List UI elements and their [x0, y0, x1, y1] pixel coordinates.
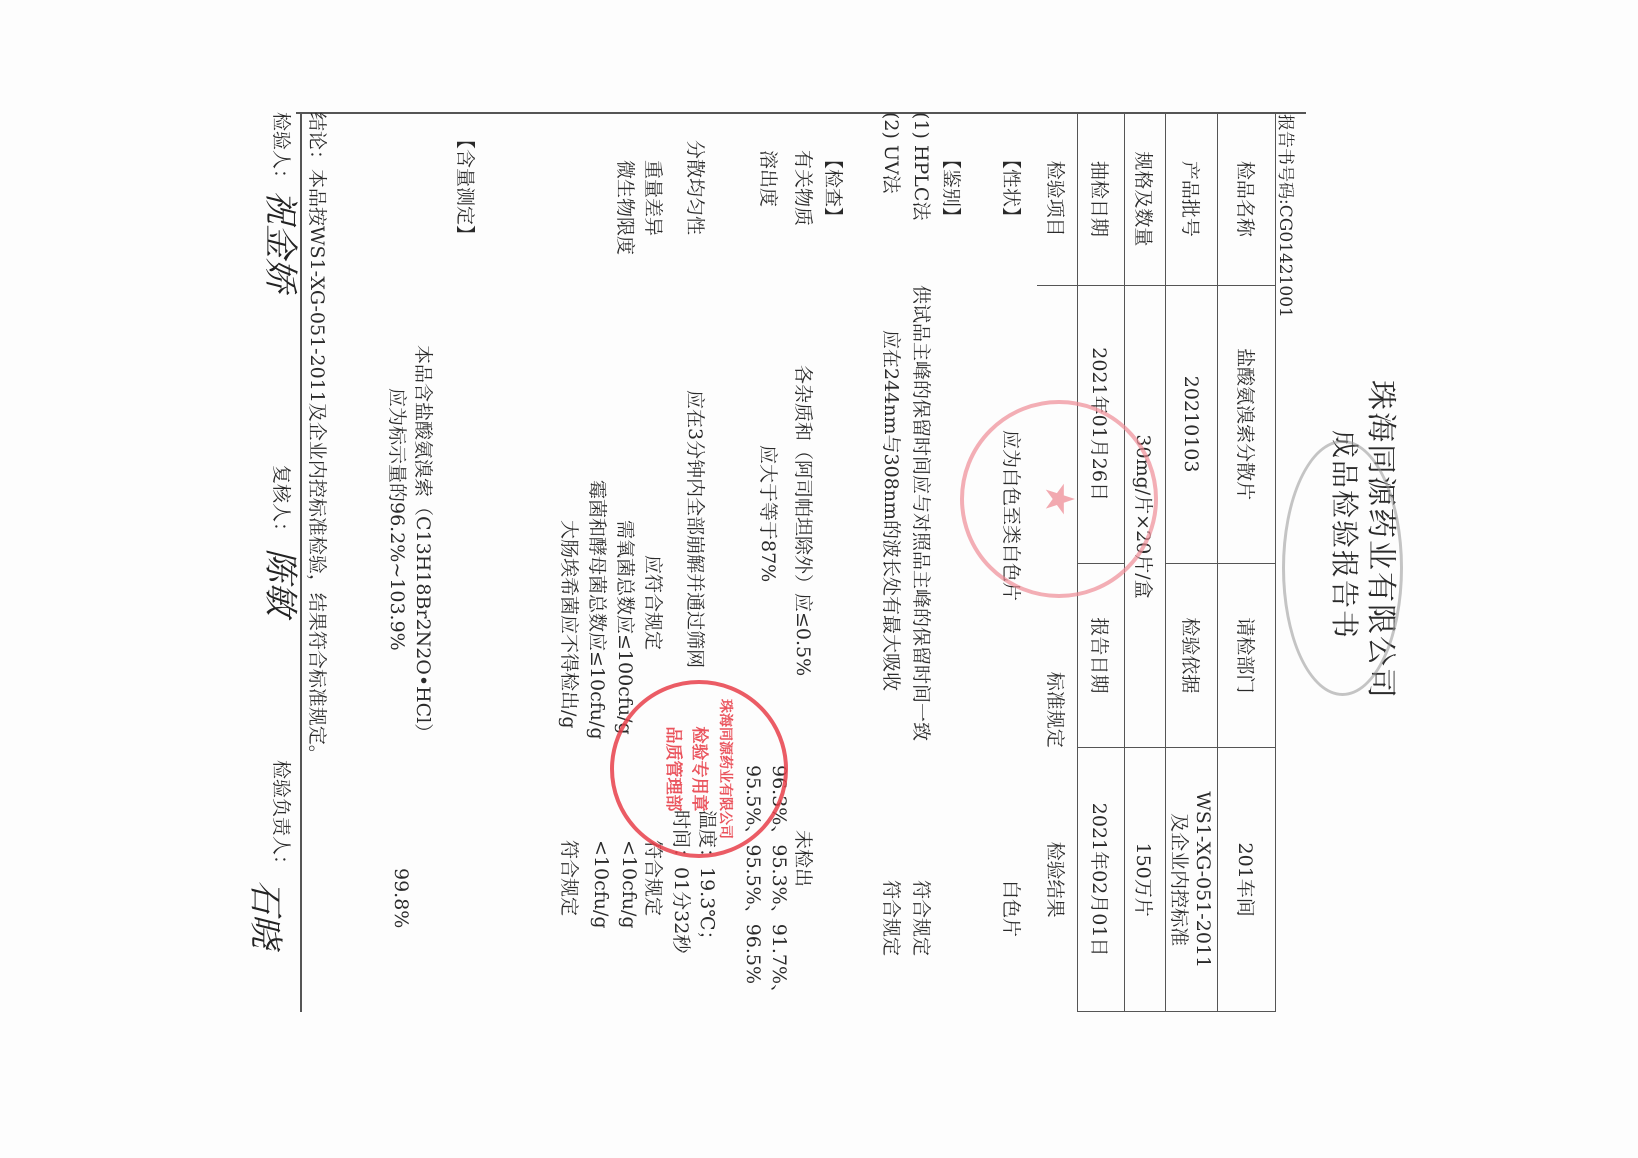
report-number-value: CG01421001 [1275, 205, 1295, 318]
value-product-name: 盐酸氨溴索分散片 [1218, 285, 1276, 563]
identification-heading: 【鉴别】 [939, 150, 966, 226]
report-page: 珠海同源药业有限公司 成品检验报告书 报告书号码:CG01421001 检品名称… [0, 0, 1638, 1158]
assay-result: 99.8% [390, 868, 412, 928]
dispersion-standard: 应在3分钟内全部崩解并通过筛网 [683, 390, 710, 668]
microbial-standard-2: 霉菌和酵母菌总数应≤10cfu/g [585, 480, 612, 740]
label-product-name: 检品名称 [1218, 113, 1276, 286]
assay-heading: 【含量测定】 [453, 130, 480, 244]
value-department: 201车间 [1218, 748, 1276, 1012]
left-vertical-rule [296, 112, 1306, 114]
conclusion-text: 本品按WS1-XG-051-2011及企业内控标准检验，结果符合标准规定。 [306, 169, 328, 764]
basis-line1: WS1-XG-051-2011 [1192, 748, 1216, 1011]
gray-company-stamp [1282, 440, 1403, 696]
red-inspection-stamp: 珠海同源药业有限公司 检验专用章 品质管理部 [610, 680, 788, 858]
conclusion: 结论：本品按WS1-XG-051-2011及企业内控标准检验，结果符合标准规定。 [305, 112, 332, 764]
weight-variation-result: 符合规定 [641, 840, 668, 916]
pink-standard-stamp: ★ [960, 400, 1158, 598]
reviewer-label: 复核人： [269, 465, 296, 541]
label-basis: 检验依据 [1166, 563, 1218, 748]
table-row: 产品批号 20210103 检验依据 WS1-XG-051-2011 及企业内控… [1166, 113, 1218, 1012]
microbial-standard-1: 需氧菌总数应≤100cfu/g [613, 520, 640, 735]
microbial-result-3: 符合规定 [557, 840, 584, 916]
header-result: 检验结果 [1037, 748, 1078, 1012]
weight-variation-standard: 应符合规定 [641, 555, 668, 650]
weight-variation-name: 重量差异 [641, 160, 668, 236]
id-hplc-result: 符合规定 [909, 880, 936, 956]
inspector-signature: 祝金娇 [259, 190, 308, 292]
related-substances-result: 未检出 [791, 830, 818, 887]
assay-standard-1: 本品含盐酸氨溴索（C13H18Br2N2O•HCl） [411, 345, 438, 742]
reviewer-signature: 陈敏 [259, 548, 308, 616]
tests-heading: 【检查】 [821, 150, 848, 226]
manager-label: 检验负责人： [269, 760, 296, 874]
manager-signature: 石晓 [244, 880, 293, 948]
label-spec: 规格及数量 [1125, 113, 1166, 286]
assay-standard-2: 应为标示量的96.2%~103.9% [385, 388, 412, 651]
id-uv-name: (2) UV法 [879, 112, 906, 194]
table-row: 检品名称 盐酸氨溴索分散片 请检部门 201车间 [1218, 113, 1276, 1012]
label-department: 请检部门 [1218, 563, 1276, 748]
related-substances-name: 有关物质 [791, 150, 818, 226]
id-hplc-standard: 供试品主峰的保留时间应与对照品主峰的保留时间一致 [909, 285, 936, 741]
dispersion-name: 分散均匀性 [683, 140, 710, 235]
appearance-heading: 【性状】 [999, 150, 1026, 226]
conclusion-label: 结论： [306, 112, 328, 169]
inspector-label: 检验人： [269, 112, 296, 188]
related-substances-standard: 各杂质和（阿司帕坦除外）应≤0.5% [791, 365, 818, 676]
id-uv-standard: 应在244nm与308nm的波长处有最大吸收 [879, 330, 906, 691]
microbial-standard-3: 大肠埃希菌应不得检出/g [557, 520, 584, 729]
red-stamp-line1: 珠海同源药业有限公司 [712, 699, 738, 839]
red-stamp-line2: 检验专用章 [686, 727, 712, 812]
report-number-label: 报告书号码: [1275, 114, 1295, 205]
microbial-name: 微生物限度 [613, 160, 640, 255]
red-stamp-line3: 品质管理部 [660, 727, 686, 812]
value-report-date: 2021年02月01日 [1078, 748, 1125, 1012]
label-sample-date: 抽检日期 [1078, 113, 1125, 286]
dissolution-standard: 应大于等于87% [756, 445, 783, 582]
microbial-result-2: <10cfu/g [590, 840, 612, 929]
dissolution-name: 溶出度 [756, 150, 783, 207]
basis-line2: 及企业内控标准 [1168, 748, 1192, 1011]
header-item: 检验项目 [1037, 113, 1078, 286]
report-number: 报告书号码:CG01421001 [1275, 114, 1300, 318]
value-quantity: 150万片 [1125, 748, 1166, 1012]
appearance-result: 白色片 [999, 880, 1026, 937]
value-basis: WS1-XG-051-2011 及企业内控标准 [1166, 748, 1218, 1012]
label-batch: 产品批号 [1166, 113, 1218, 286]
value-batch: 20210103 [1166, 285, 1218, 563]
id-hplc-name: (1) HPLC法 [909, 112, 936, 220]
microbial-result-1: <10cfu/g [618, 840, 640, 929]
id-uv-result: 符合规定 [879, 880, 906, 956]
